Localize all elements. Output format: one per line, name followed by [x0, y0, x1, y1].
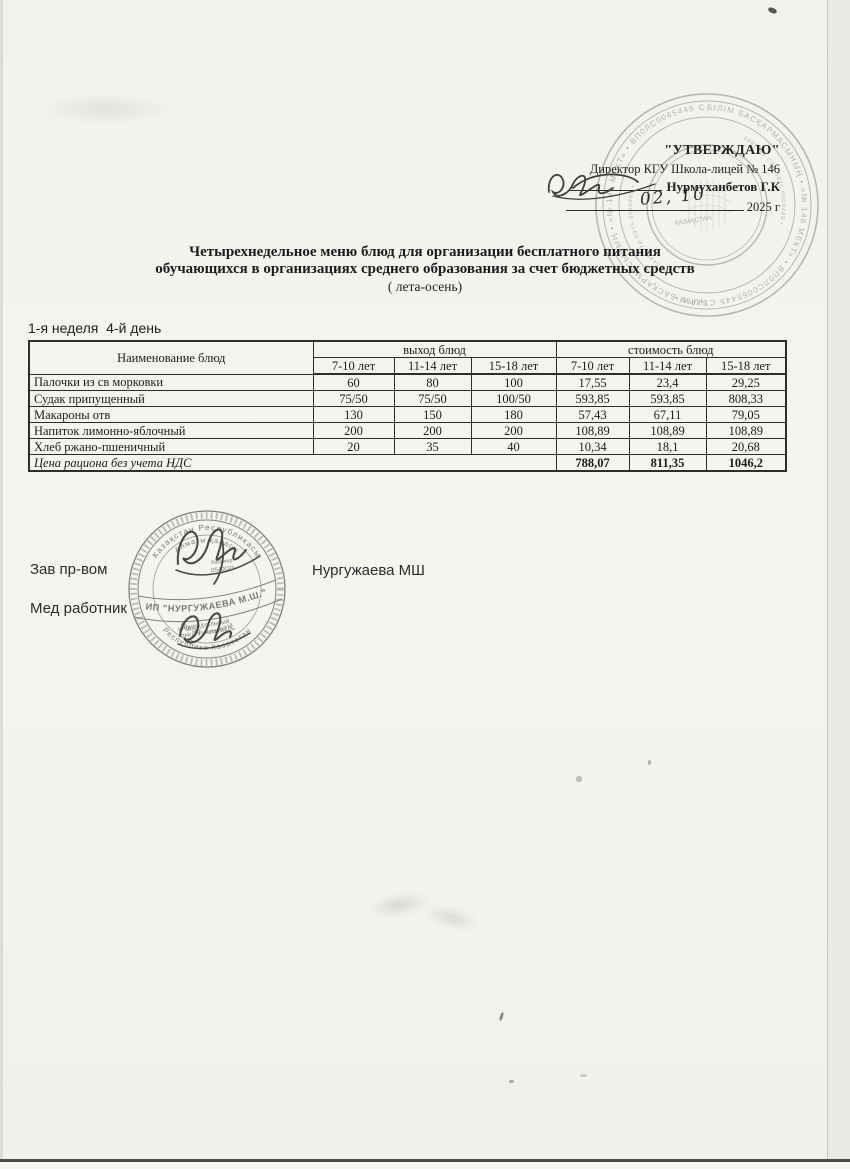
- col-header-age: 15-18 лет: [706, 358, 786, 375]
- title-line-1: Четырехнедельное меню блюд для организац…: [0, 244, 850, 261]
- scan-smudge: [367, 889, 432, 921]
- cost-cell: 57,43: [556, 407, 629, 423]
- total-cost-cell: 788,07: [556, 455, 629, 472]
- dish-name-cell: Судак припущенный: [29, 391, 313, 407]
- cost-cell: 593,85: [556, 391, 629, 407]
- week-day-label: 1-я неделя 4-й день: [28, 320, 161, 336]
- portion-cell: 100: [471, 374, 556, 391]
- cost-cell: 108,89: [629, 423, 706, 439]
- cost-cell: 79,05: [706, 407, 786, 423]
- cost-cell: 593,85: [629, 391, 706, 407]
- menu-table: Наименование блюд выход блюд стоимость б…: [28, 340, 787, 472]
- scan-speck: [576, 776, 582, 782]
- cost-cell: 18,1: [629, 439, 706, 455]
- table-row: Палочки из св морковки 60 80 100 17,55 2…: [29, 374, 786, 391]
- cost-cell: 108,89: [706, 423, 786, 439]
- label-production-manager: Зав пр-вом: [30, 561, 107, 578]
- title-line-3: ( лета-осень): [0, 278, 850, 295]
- dish-name-cell: Напиток лимонно-яблочный: [29, 423, 313, 439]
- approve-label: "УТВЕРЖДАЮ": [566, 143, 780, 160]
- portion-cell: 40: [471, 439, 556, 455]
- portion-cell: 200: [471, 423, 556, 439]
- portion-cell: 35: [394, 439, 471, 455]
- col-header-age: 7-10 лет: [556, 358, 629, 375]
- cost-cell: 10,34: [556, 439, 629, 455]
- scan-speck: [767, 6, 777, 14]
- total-cost-cell: 811,35: [629, 455, 706, 472]
- total-cost-cell: 1046,2: [706, 455, 786, 472]
- cost-cell: 108,89: [556, 423, 629, 439]
- portion-cell: 60: [313, 374, 394, 391]
- portion-cell: 75/50: [394, 391, 471, 407]
- scan-speck: [580, 1074, 587, 1077]
- portion-cell: 20: [313, 439, 394, 455]
- dish-name-cell: Хлеб ржано-пшеничный: [29, 439, 313, 455]
- portion-cell: 130: [313, 407, 394, 423]
- scan-speck: [648, 760, 651, 765]
- portion-cell: 80: [394, 374, 471, 391]
- paper-edge-below: [0, 1162, 850, 1169]
- col-header-dish-name: Наименование блюд: [29, 341, 313, 374]
- col-group-cost: стоимость блюд: [556, 341, 786, 358]
- col-header-age: 11-14 лет: [629, 358, 706, 375]
- table-row: Судак припущенный 75/50 75/50 100/50 593…: [29, 391, 786, 407]
- total-label-cell: Цена рациона без учета НДС: [29, 455, 556, 472]
- paper-edge-left: [0, 0, 3, 1169]
- cost-cell: 20,68: [706, 439, 786, 455]
- portion-cell: 200: [313, 423, 394, 439]
- cost-cell: 808,33: [706, 391, 786, 407]
- table-row: Напиток лимонно-яблочный 200 200 200 108…: [29, 423, 786, 439]
- portion-cell: 75/50: [313, 391, 394, 407]
- scan-smudge: [40, 95, 170, 123]
- scan-smudge: [422, 902, 481, 935]
- col-header-age: 11-14 лет: [394, 358, 471, 375]
- scanned-menu-page: БІЛІМ БАСҚАРМАСЫНЫҢ • «№ 146 МЕКТ» • ВП0…: [0, 0, 850, 1169]
- portion-cell: 100/50: [471, 391, 556, 407]
- medical-worker-signature: [172, 600, 272, 655]
- portion-cell: 200: [394, 423, 471, 439]
- cost-cell: 67,11: [629, 407, 706, 423]
- paper-edge-right: [827, 0, 850, 1169]
- cost-cell: 29,25: [706, 374, 786, 391]
- dish-name-cell: Палочки из св морковки: [29, 374, 313, 391]
- year-label: 2025 г: [747, 200, 780, 214]
- col-group-output: выход блюд: [313, 341, 556, 358]
- table-row: Хлеб ржано-пшеничный 20 35 40 10,34 18,1…: [29, 439, 786, 455]
- document-title: Четырехнедельное меню блюд для организац…: [0, 244, 850, 295]
- cost-cell: 17,55: [556, 374, 629, 391]
- col-header-age: 7-10 лет: [313, 358, 394, 375]
- title-line-2: обучающихся в организациях среднего обра…: [0, 261, 850, 278]
- dish-name-cell: Макароны отв: [29, 407, 313, 423]
- label-medical-worker: Мед работник: [30, 600, 127, 617]
- scan-speck: [499, 1012, 505, 1021]
- production-manager-signature: [168, 518, 278, 588]
- director-signature: [543, 166, 663, 206]
- table-group-header-row: Наименование блюд выход блюд стоимость б…: [29, 341, 786, 358]
- table-row: Макароны отв 130 150 180 57,43 67,11 79,…: [29, 407, 786, 423]
- table-total-row: Цена рациона без учета НДС 788,07 811,35…: [29, 455, 786, 472]
- portion-cell: 180: [471, 407, 556, 423]
- portion-cell: 150: [394, 407, 471, 423]
- col-header-age: 15-18 лет: [471, 358, 556, 375]
- cost-cell: 23,4: [629, 374, 706, 391]
- scan-speck: [509, 1080, 514, 1083]
- signer-name: Нургужаева МШ: [312, 562, 425, 579]
